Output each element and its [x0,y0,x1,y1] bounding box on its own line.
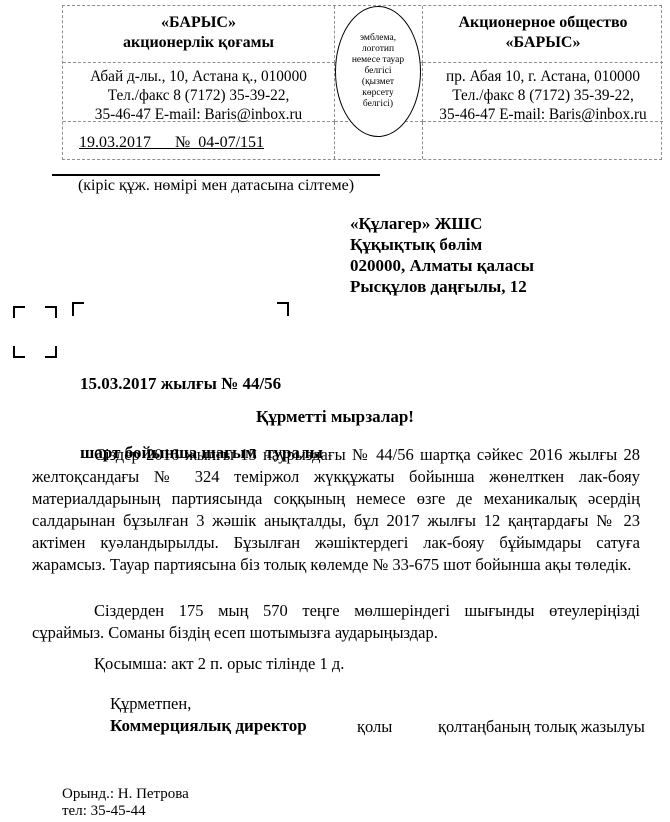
reference-rule [52,174,380,176]
emblem-note-line: логотип [352,44,404,55]
org-name-ru-line2: «БАРЫС» [423,33,663,53]
emblem-note-line: көрсету [352,88,404,99]
letter-page: «БАРЫС» акционерлік қоғамы Акционерное о… [0,0,670,822]
corner-mark-zone-left [72,302,84,316]
body-paragraph-2: Сіздерден 175 мың 570 теңге мөлшеріндегі… [32,600,640,644]
date-number-value: 19.03.2017 № 04-07/151 [79,134,264,151]
org-name-kk-line1: «БАРЫС» [63,13,334,33]
corner-mark-rect-bottomleft [13,346,25,358]
org-address-ru-line2: Тел./факс 8 (7172) 35-39-22, [423,86,663,105]
date-number-line: 19.03.2017 № 04-07/151 [63,122,335,159]
org-address-ru-line1: пр. Абая 10, г. Астана, 010000 [423,67,663,86]
letterhead-empty-cell [423,122,663,159]
corner-mark-rect-topleft [13,306,25,318]
org-address-kk-line1: Абай д-лы., 10, Астана қ., 010000 [63,67,334,86]
corner-mark-zone-right [277,302,289,316]
recipient-org: «Құлагер» ЖШС [350,213,534,234]
letterhead-table: «БАРЫС» акционерлік қоғамы Акционерное о… [62,5,662,160]
body-paragraph-1: Сіздер 2016 жылғы 15 наурыздағы № 44/56 … [32,444,640,576]
emblem-note-line: немесе тауар [352,55,404,66]
emblem-note-line: белгісі) [352,99,404,110]
attachment-note: Қосымша: акт 2 п. орыс тілінде 1 д. [94,654,344,674]
salutation: Құрметті мырзалар! [0,407,670,427]
subject-line1: 15.03.2017 жылғы № 44/56 [80,372,323,395]
corner-mark-rect-bottomright [45,346,57,358]
closing-phrase: Құрметпен, [110,694,191,714]
org-name-ru: Акционерное общество «БАРЫС» [423,6,663,63]
executor-block: Орынд.: Н. Петрова тел: 35-45-44 [62,786,189,820]
emblem-note-line: эмблема, [352,33,404,44]
org-address-kk-line2: Тел./факс 8 (7172) 35-39-22, [63,86,334,105]
emblem-placeholder-icon: эмблема, логотип немесе тауар белгісі (қ… [335,6,421,137]
reference-note: (кіріс құж. нөмірі мен датасына сілтеме) [46,177,386,195]
org-name-ru-line1: Акционерное общество [423,13,663,33]
recipient-block: «Құлагер» ЖШС Құқықтық бөлім 020000, Алм… [350,213,534,297]
recipient-street: Рысқұлов даңғылы, 12 [350,276,534,297]
org-address-kk: Абай д-лы., 10, Астана қ., 010000 Тел./ф… [63,63,335,122]
executor-name: Орынд.: Н. Петрова [62,786,189,803]
emblem-note-line: (қызмет [352,77,404,88]
org-name-kk: «БАРЫС» акционерлік қоғамы [63,6,335,63]
signature-name-hint: қолтаңбаның толық жазылуы [438,717,645,737]
emblem-note-line: белгісі [352,66,404,77]
org-address-ru: пр. Абая 10, г. Астана, 010000 Тел./факс… [423,63,663,122]
signature-sign-hint: қолы [357,717,392,737]
corner-mark-rect-topright [45,306,57,318]
emblem-note: эмблема, логотип немесе тауар белгісі (қ… [352,33,404,110]
recipient-city: 020000, Алматы қаласы [350,255,534,276]
recipient-department: Құқықтық бөлім [350,234,534,255]
executor-phone: тел: 35-45-44 [62,803,189,820]
signature-title: Коммерциялық директор [110,716,307,736]
org-name-kk-line2: акционерлік қоғамы [63,33,334,53]
